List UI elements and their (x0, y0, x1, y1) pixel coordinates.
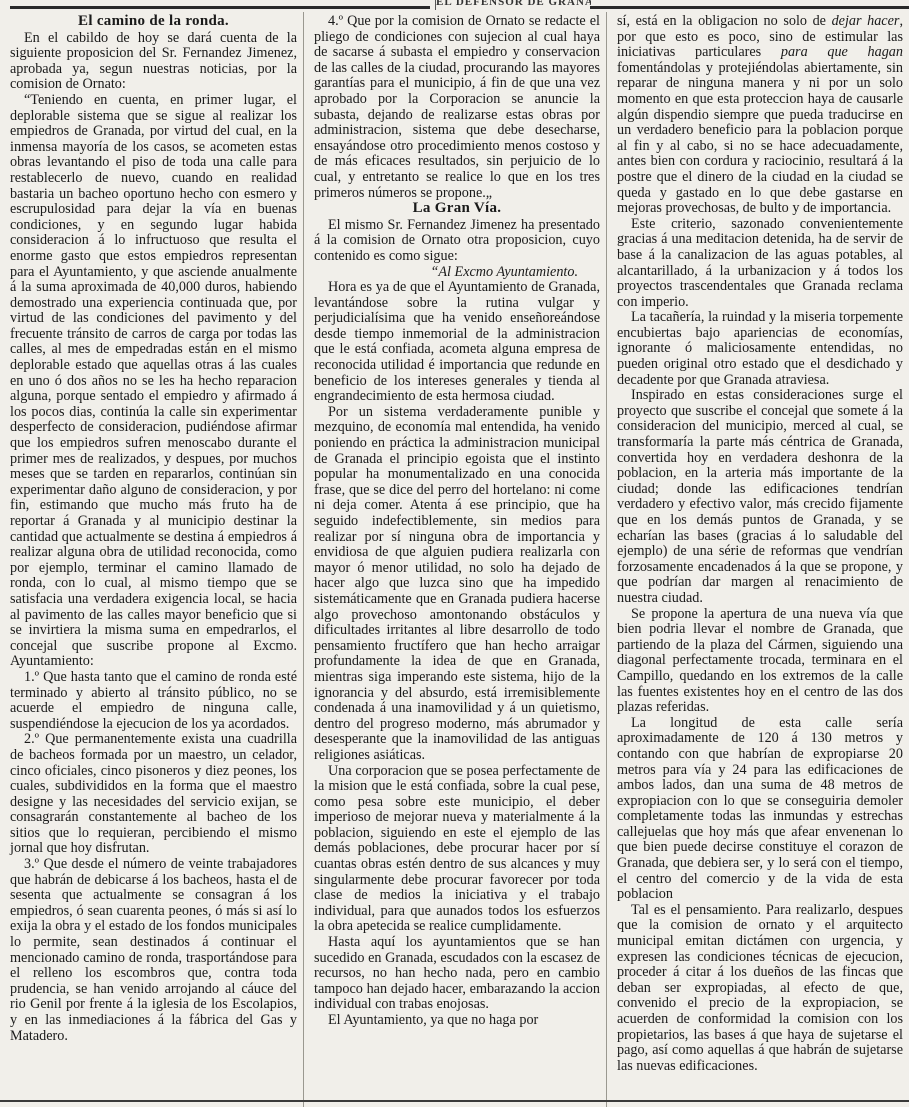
paragraph: Se propone la apertura de una nueva vía … (617, 607, 903, 716)
paragraph: “Teniendo en cuenta, en primer lugar, el… (10, 93, 297, 670)
paragraph: Por un sistema verdaderamente punible y … (314, 405, 600, 764)
text-run: fomentándolas y protejiéndolas abiertame… (617, 60, 903, 216)
text-run: sí, está en la obligacion no solo de (617, 13, 832, 29)
column-2: 4.º Que por la comision de Ornato se red… (303, 12, 606, 1107)
column-1: El camino de la ronda. En el cabildo de … (0, 12, 303, 1107)
masthead-rule-right (590, 6, 909, 9)
paragraph: El Ayuntamiento, ya que no haga por (314, 1013, 600, 1029)
italic-text-run: para que hagan (781, 44, 903, 60)
paragraph: 2.º Que permanentemente exista una cuadr… (10, 732, 297, 857)
bottom-rule (0, 1100, 909, 1102)
masthead: EL DEFENSOR DE GRANADA (0, 0, 909, 12)
paragraph: Inspirado en estas consideraciones surge… (617, 388, 903, 606)
italic-text-run: dejar hacer (832, 13, 900, 29)
article-heading-gran-via: La Gran Vía. (314, 201, 600, 217)
paragraph: 1.º Que hasta tanto que el camino de ron… (10, 670, 297, 732)
masthead-rule-left (10, 6, 430, 9)
column-3: sí, está en la obligacion no solo de dej… (606, 12, 909, 1107)
paragraph: En el cabildo de hoy se dará cuenta de l… (10, 31, 297, 93)
paragraph: El mismo Sr. Fernandez Jimenez ha presen… (314, 218, 600, 265)
paragraph: Tal es el pensamiento. Para realizarlo, … (617, 903, 903, 1075)
article-heading-camino-ronda: El camino de la ronda. (10, 14, 297, 30)
paragraph: La longitud de esta calle sería aproxima… (617, 716, 903, 903)
paragraph: Este criterio, sazonado convenientemente… (617, 217, 903, 311)
paragraph: 4.º Que por la comision de Ornato se red… (314, 14, 600, 201)
article-columns: El camino de la ronda. En el cabildo de … (0, 12, 909, 1107)
salutation: “Al Excmo Ayuntamiento. (314, 265, 600, 281)
paragraph-continued: sí, está en la obligacion no solo de dej… (617, 14, 903, 217)
paragraph: Hora es ya de que el Ayuntamiento de Gra… (314, 280, 600, 405)
paragraph: Una corporacion que se posea perfectamen… (314, 764, 600, 936)
paragraph: Hasta aquí los ayuntamientos que se han … (314, 935, 600, 1013)
newspaper-name: EL DEFENSOR DE GRANADA (435, 0, 591, 10)
paragraph: 3.º Que desde el número de veinte trabaj… (10, 857, 297, 1044)
paragraph: La tacañería, la ruindad y la miseria to… (617, 310, 903, 388)
